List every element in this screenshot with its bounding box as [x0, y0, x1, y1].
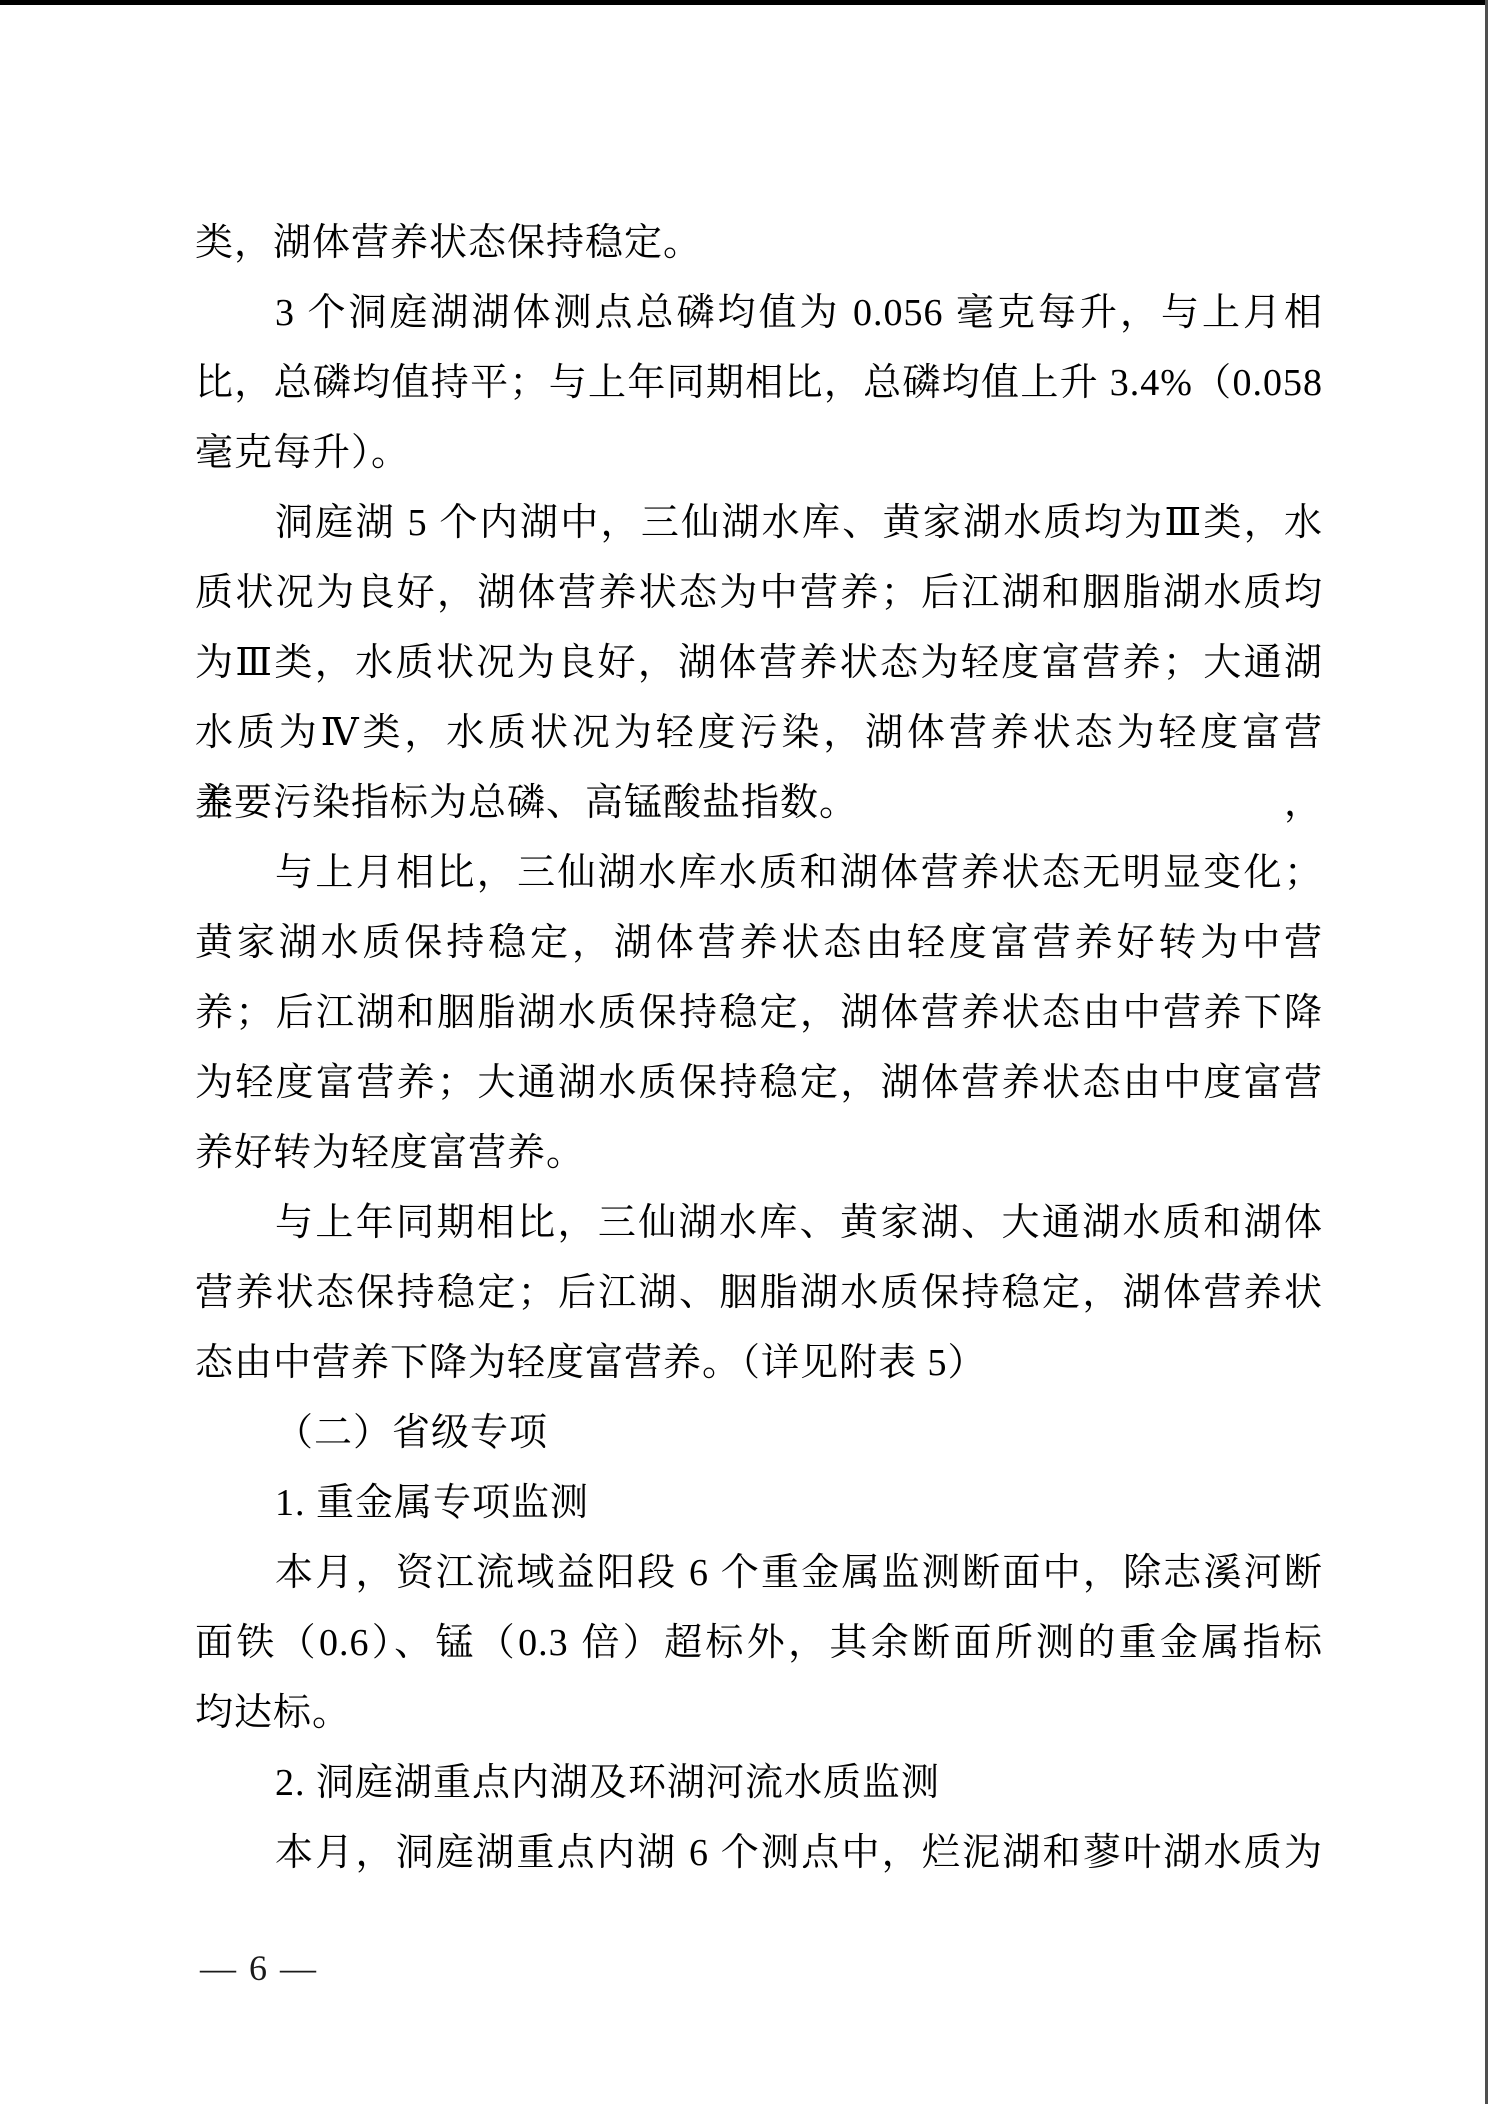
text-line: 毫克每升）。: [195, 418, 1323, 488]
document-text-block: 类，湖体营养状态保持稳定。3 个洞庭湖湖体测点总磷均值为 0.056 毫克每升，…: [195, 208, 1323, 1888]
text-line: 为Ⅲ类，水质状况为良好，湖体营养状态为轻度富营养；大通湖: [195, 628, 1323, 698]
text-line: 3 个洞庭湖湖体测点总磷均值为 0.056 毫克每升，与上月相: [195, 278, 1323, 348]
section-heading: （二）省级专项: [195, 1398, 1323, 1468]
text-line: 水质为Ⅳ类，水质状况为轻度污染，湖体营养状态为轻度富营养，: [195, 698, 1323, 768]
text-line: 比，总磷均值持平；与上年同期相比，总磷均值上升 3.4%（0.058: [195, 348, 1323, 418]
numbered-heading: 1. 重金属专项监测: [195, 1468, 1323, 1538]
document-page: 类，湖体营养状态保持稳定。3 个洞庭湖湖体测点总磷均值为 0.056 毫克每升，…: [0, 0, 1488, 2104]
text-line: 营养状态保持稳定；后江湖、胭脂湖水质保持稳定，湖体营养状: [195, 1258, 1323, 1328]
text-line: 为轻度富营养；大通湖水质保持稳定，湖体营养状态由中度富营: [195, 1048, 1323, 1118]
text-line: 黄家湖水质保持稳定，湖体营养状态由轻度富营养好转为中营: [195, 908, 1323, 978]
text-line: 类，湖体营养状态保持稳定。: [195, 208, 1323, 278]
page-number: — 6 —: [200, 1947, 318, 1989]
text-line: 均达标。: [195, 1678, 1323, 1748]
text-line: 本月，资江流域益阳段 6 个重金属监测断面中，除志溪河断: [195, 1538, 1323, 1608]
text-line: 面铁（0.6）、锰（0.3 倍）超标外，其余断面所测的重金属指标: [195, 1608, 1323, 1678]
text-line: 与上年同期相比，三仙湖水库、黄家湖、大通湖水质和湖体: [195, 1188, 1323, 1258]
text-line: 洞庭湖 5 个内湖中，三仙湖水库、黄家湖水质均为Ⅲ类，水: [195, 488, 1323, 558]
scan-top-edge: [0, 0, 1488, 5]
text-line: 质状况为良好，湖体营养状态为中营养；后江湖和胭脂湖水质均: [195, 558, 1323, 628]
text-line: 养；后江湖和胭脂湖水质保持稳定，湖体营养状态由中营养下降: [195, 978, 1323, 1048]
numbered-heading: 2. 洞庭湖重点内湖及环湖河流水质监测: [195, 1748, 1323, 1818]
text-line: 态由中营养下降为轻度富营养。（详见附表 5）: [195, 1328, 1323, 1398]
text-line: 养好转为轻度富营养。: [195, 1118, 1323, 1188]
text-line: 本月，洞庭湖重点内湖 6 个测点中，烂泥湖和蓼叶湖水质为: [195, 1818, 1323, 1888]
text-line: 与上月相比，三仙湖水库水质和湖体营养状态无明显变化；: [195, 838, 1323, 908]
